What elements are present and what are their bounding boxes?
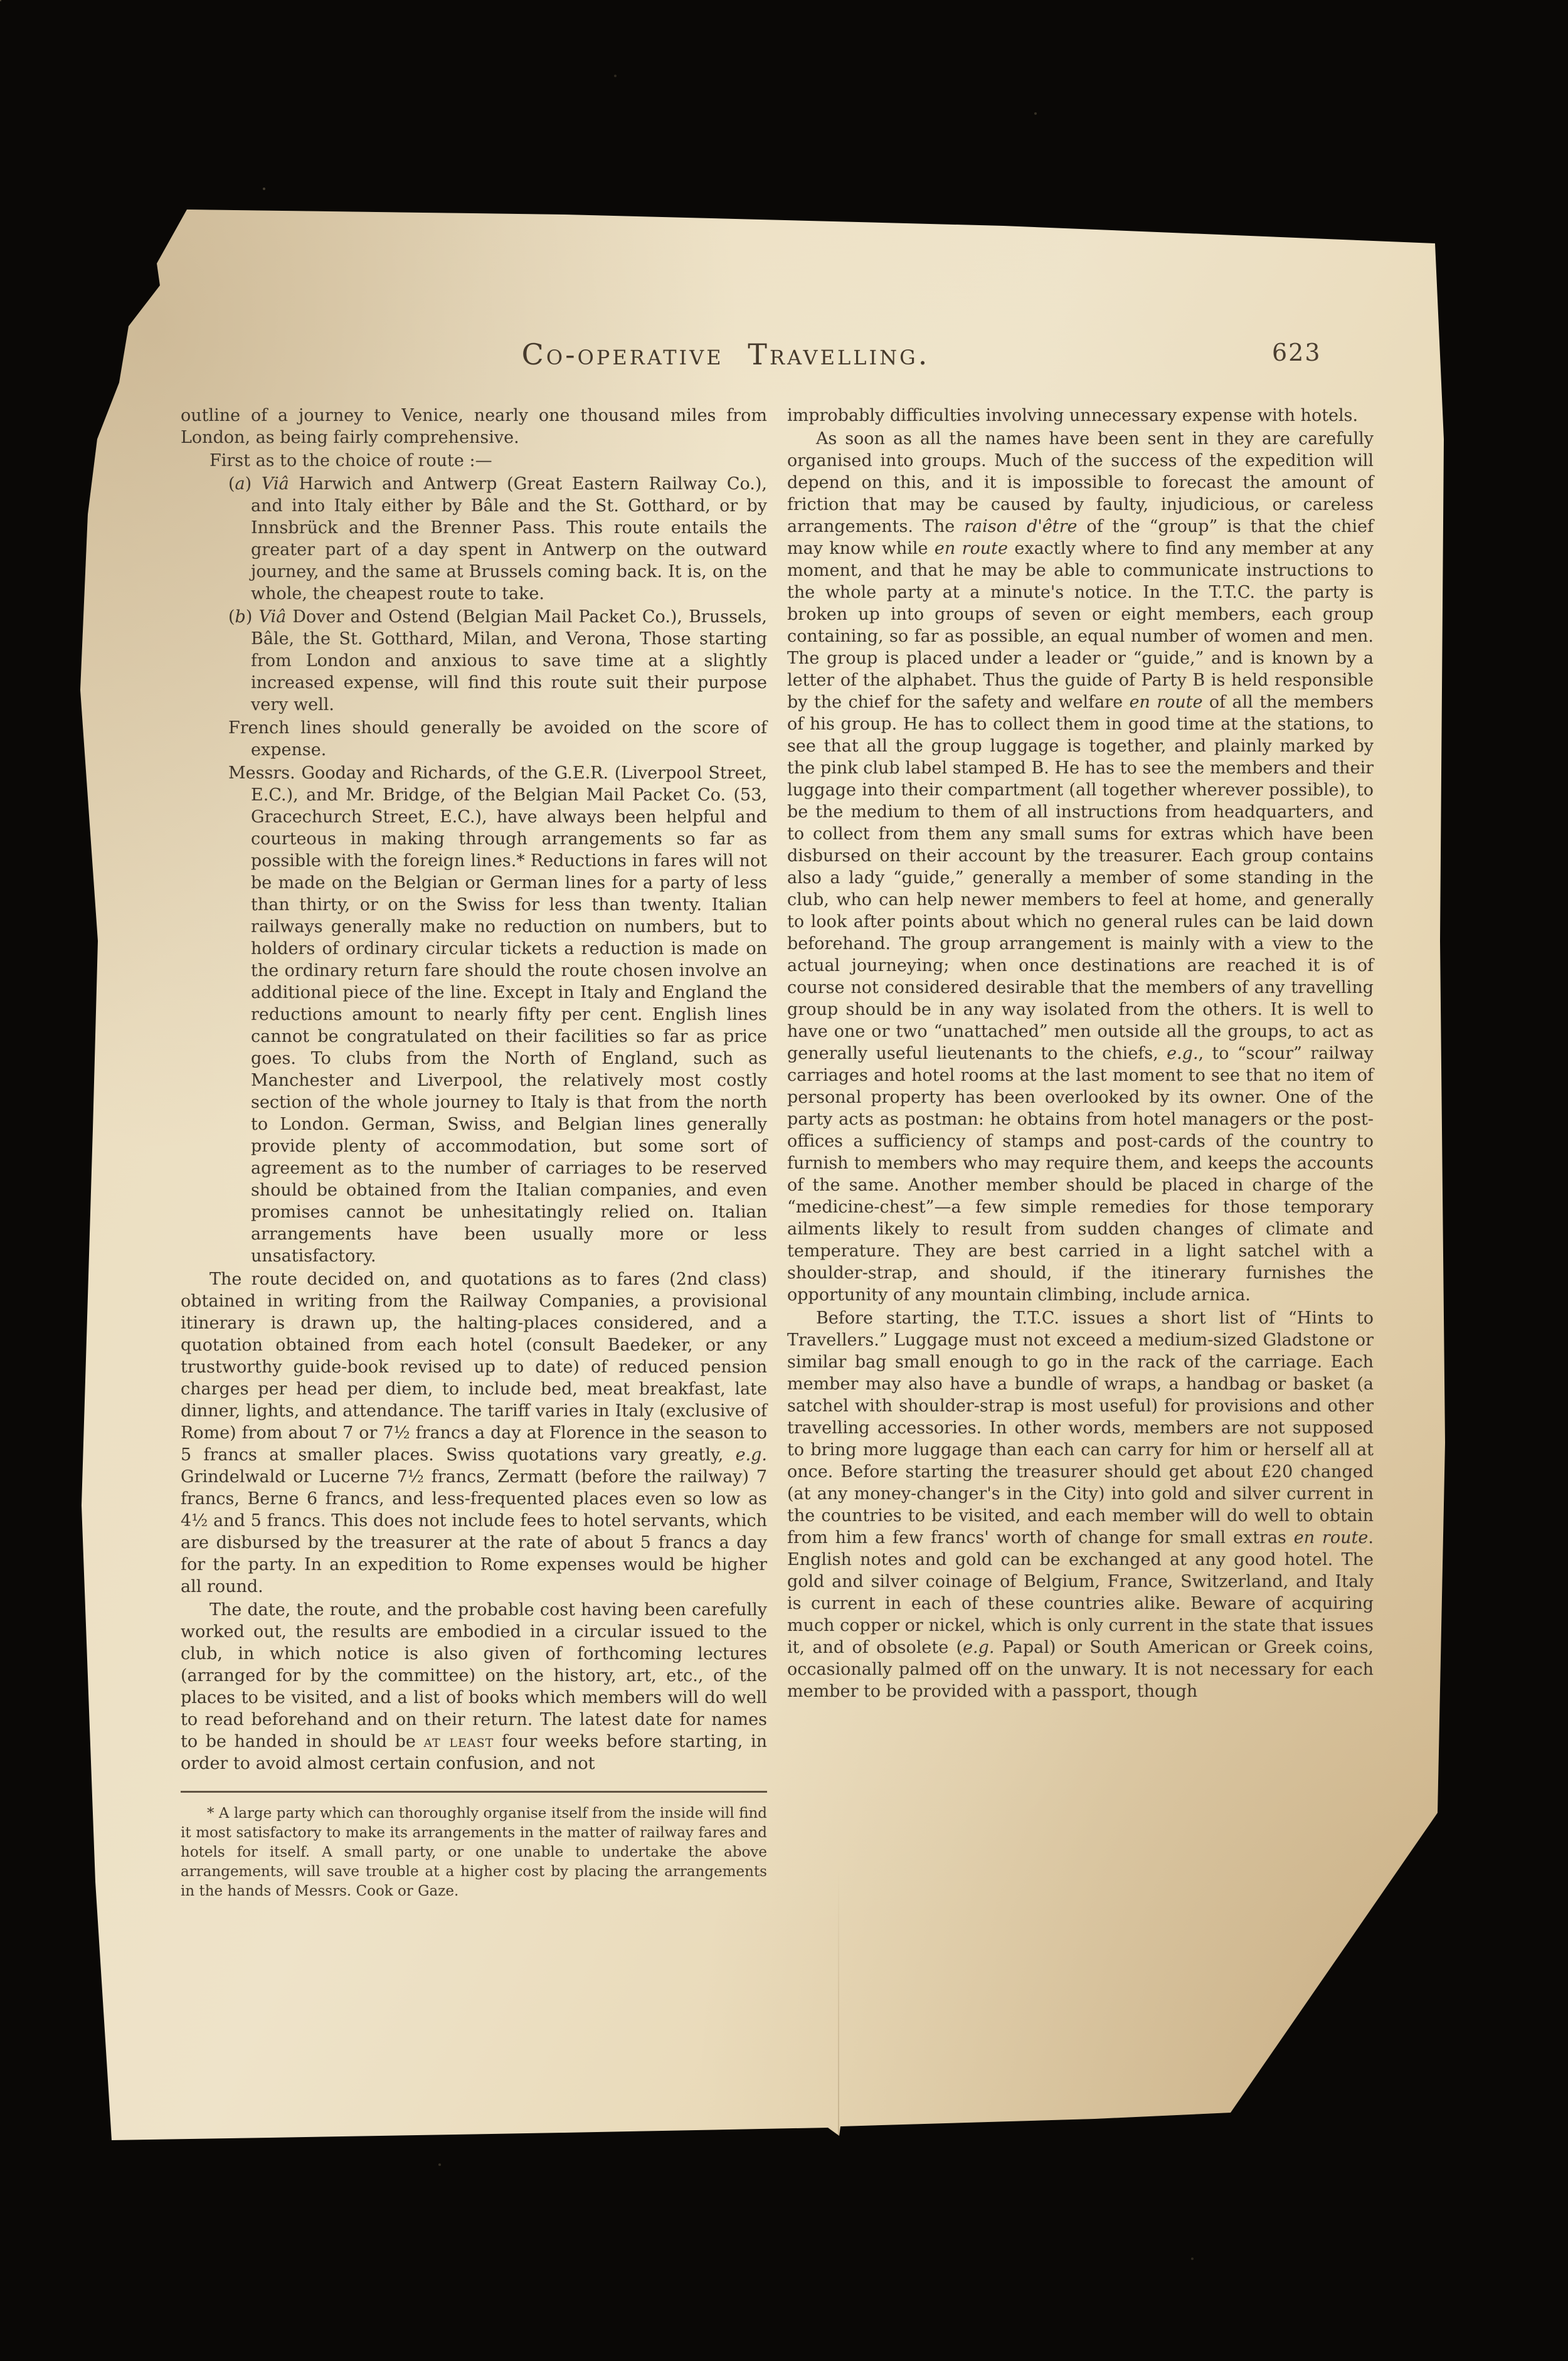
left-column-blocks: outline of a journey to Venice, nearly o… [181, 405, 767, 1775]
text-block: French lines should generally be avoided… [181, 717, 767, 761]
text-block: Before starting, the T.T.C. issues a sho… [787, 1307, 1374, 1702]
page-title: Co-operative Travelling. [522, 337, 930, 371]
text-block: improbably difficulties involving unnece… [787, 405, 1374, 427]
dust-specks [0, 0, 1, 1]
text-block: (b) Viâ Dover and Ostend (Belgian Mail P… [181, 606, 767, 716]
right-column-blocks: improbably difficulties involving unnece… [787, 405, 1374, 1702]
right-column: improbably difficulties involving unnece… [787, 405, 1374, 1704]
footnote-text: * A large party which can thoroughly org… [181, 1804, 767, 1901]
photo-stage: Co-operative Travelling. 623 outline of … [0, 0, 1568, 2361]
text-block: First as to the choice of route :— [181, 450, 767, 472]
scan-background: { "colors": { "background": "#0a0806", "… [0, 0, 1568, 2361]
text-block: The date, the route, and the probable co… [181, 1599, 767, 1775]
page-number: 623 [1272, 339, 1322, 366]
left-column: outline of a journey to Venice, nearly o… [181, 405, 767, 1901]
scanned-page: Co-operative Travelling. 623 outline of … [69, 207, 1449, 2155]
text-block: The route decided on, and quotations as … [181, 1268, 767, 1598]
text-block: As soon as all the names have been sent … [787, 428, 1374, 1306]
text-block: Messrs. Gooday and Richards, of the G.E.… [181, 762, 767, 1267]
text-block: (a) Viâ Harwich and Antwerp (Great Easte… [181, 473, 767, 605]
text-block: outline of a journey to Venice, nearly o… [181, 405, 767, 448]
paper-crease [838, 1869, 839, 2139]
page-header: Co-operative Travelling. 623 [69, 337, 1449, 388]
footnote-rule [181, 1791, 767, 1793]
